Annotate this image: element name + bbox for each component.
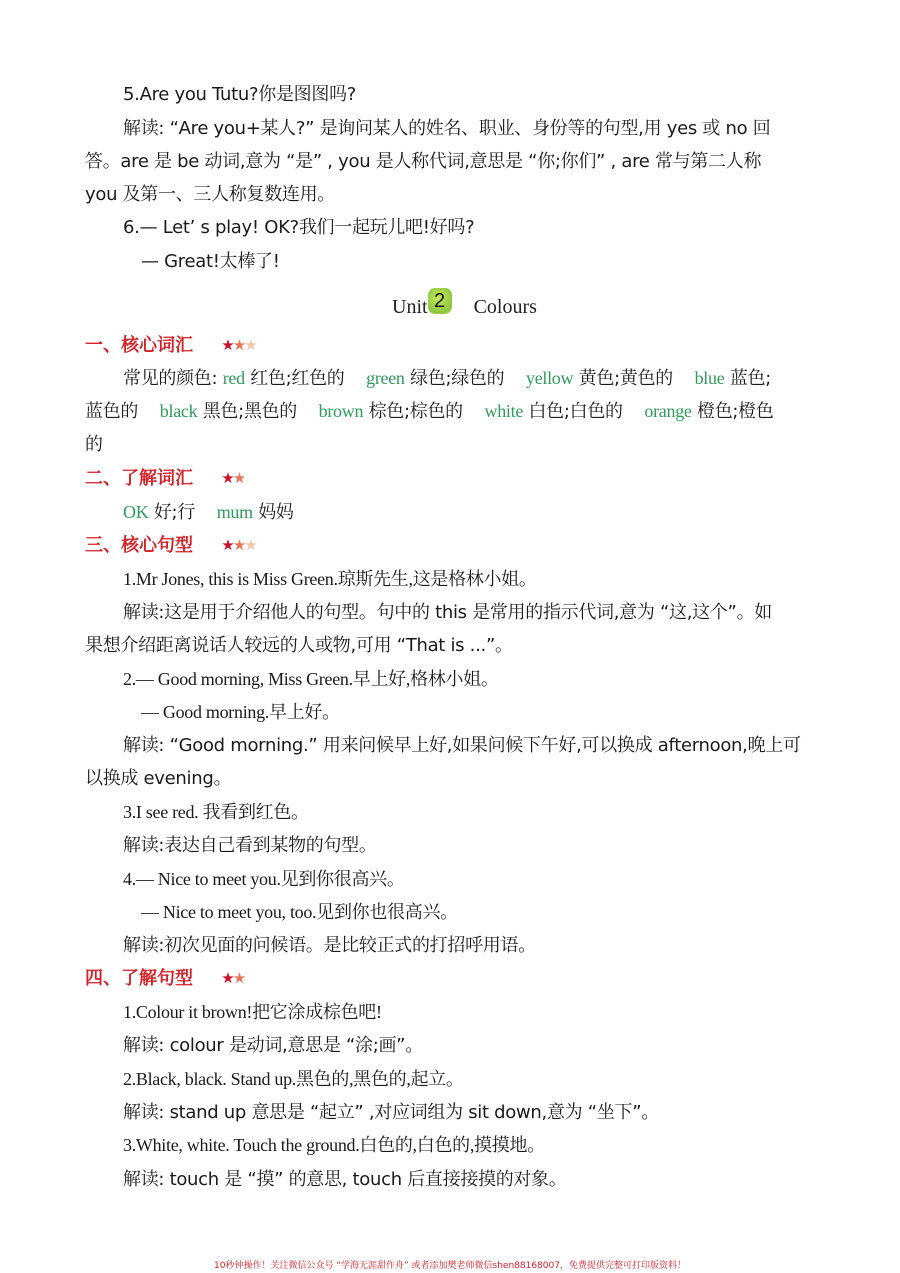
- core-sentence-3: 3.I see red. 我看到红色。: [123, 796, 858, 829]
- vocab-word-en: orange: [644, 401, 691, 421]
- star-icon: ★: [233, 969, 244, 987]
- star-icon: ★: [244, 336, 255, 354]
- vocab-word-en: OK: [123, 502, 148, 522]
- section-heading-text: 一、核心词汇: [85, 335, 193, 356]
- core-sentence-2-explanation-line1: 解读: “Good morning.” 用来问候早上好,如果问候下午好,可以换成…: [123, 729, 858, 762]
- star-icon: ★: [221, 969, 232, 987]
- extra-sentence-3-explanation: 解读: touch 是 “摸” 的意思, touch 后直接接摸的对象。: [123, 1163, 858, 1196]
- sentence-6-line2: — Great!太棒了!: [141, 245, 876, 278]
- color-vocab-line3: 的: [85, 428, 820, 461]
- core-sentence-2-line1: 2.— Good morning, Miss Green.早上好,格林小姐。: [123, 663, 858, 696]
- sentence-6-line1: 6.— Let’ s play! OK?我们一起玩儿吧!好吗?: [123, 211, 858, 244]
- footer-notice: 10秒钟操作！关注微信公众号 “学海无涯甜作舟” 或者添加樊老师微信shen88…: [0, 1258, 900, 1271]
- color-vocab-line2: 蓝色的 black 黑色;黑色的 brown 棕色;棕色的 white 白色;白…: [85, 395, 820, 428]
- star-icon: ★: [233, 536, 244, 554]
- extra-sentence-1-explanation: 解读: colour 是动词,意思是 “涂;画”。: [123, 1029, 858, 1062]
- star-icon: ★: [221, 536, 232, 554]
- star-icon: ★: [221, 336, 232, 354]
- document-page: 5.Are you Tutu?你是图图吗? 解读: “Are you+某人?” …: [0, 0, 900, 1273]
- section-heading-core-sentences: 三、核心句型 ★★★: [85, 531, 256, 560]
- section-heading-text: 四、了解句型: [85, 968, 193, 989]
- color-vocab-line1: 常见的颜色: red 红色;红色的 green 绿色;绿色的 yellow 黄色…: [123, 362, 858, 395]
- star-icon: ★: [244, 536, 255, 554]
- section-heading-extra-vocab: 二、了解词汇 ★★: [85, 464, 244, 493]
- extra-sentence-2-explanation: 解读: stand up 意思是 “起立” ,对应词组为 sit down,意为…: [123, 1096, 858, 1129]
- vocab-word-en: white: [485, 401, 524, 421]
- vocab-word-zh: 黄色;黄色的: [579, 368, 673, 389]
- vocab-word-en: brown: [319, 401, 364, 421]
- core-sentence-1: 1.Mr Jones, this is Miss Green.琼斯先生,这是格林…: [123, 563, 858, 596]
- vocab-word-zh: 橙色;橙色: [697, 401, 774, 422]
- core-sentence-3-explanation: 解读:表达自己看到某物的句型。: [123, 829, 858, 862]
- difficulty-stars-3: ★★★: [221, 531, 255, 559]
- vocab-word-en: black: [160, 401, 197, 421]
- extra-vocab-line: OK 好;行 mum 妈妈: [123, 496, 858, 529]
- section-heading-extra-sentences: 四、了解句型 ★★: [85, 964, 244, 993]
- vocab-word-en: blue: [695, 368, 725, 388]
- difficulty-stars-2: ★★: [221, 964, 244, 992]
- extra-sentence-3: 3.White, white. Touch the ground.白色的,白色的…: [123, 1129, 858, 1162]
- sentence-5-title: 5.Are you Tutu?你是图图吗?: [123, 78, 858, 111]
- unit-prefix: Unit: [392, 296, 428, 318]
- vocab-word-zh: 蓝色的: [85, 401, 138, 422]
- section-heading-text: 二、了解词汇: [85, 468, 193, 489]
- core-sentence-2-line2: — Good morning.早上好。: [141, 696, 876, 729]
- vocab-word-zh: 绿色;绿色的: [410, 368, 504, 389]
- core-sentence-1-explanation-line2: 果想介绍距离说话人较远的人或物,可用 “That is ...”。: [85, 629, 820, 662]
- vocab-word-en: red: [223, 368, 245, 388]
- star-icon: ★: [221, 469, 232, 487]
- difficulty-stars-2: ★★: [221, 464, 244, 492]
- star-icon: ★: [233, 469, 244, 487]
- vocab-word-en: yellow: [526, 368, 573, 388]
- sentence-5-explanation-line2: 答。are 是 be 动词,意为 “是” , you 是人称代词,意思是 “你;…: [85, 145, 820, 178]
- vocab-word-zh: 白色;白色的: [528, 401, 622, 422]
- unit-name: Colours: [474, 296, 537, 318]
- vocab-word-zh: 黑色;黑色的: [203, 401, 297, 422]
- sentence-5-explanation-line1: 解读: “Are you+某人?” 是询问某人的姓名、职业、身份等的句型,用 y…: [123, 112, 858, 145]
- vocab-word-zh: 好;行: [154, 502, 195, 523]
- core-sentence-2-explanation-line2: 以换成 evening。: [85, 762, 820, 795]
- vocab-word-zh: 的: [85, 434, 103, 455]
- core-sentence-1-explanation-line1: 解读:这是用于介绍他人的句型。句中的 this 是常用的指示代词,意为 “这,这…: [123, 596, 858, 629]
- vocab-word-zh: 棕色;棕色的: [369, 401, 463, 422]
- core-sentence-4-line2: — Nice to meet you, too.见到你也很高兴。: [141, 896, 876, 929]
- vocab-intro: 常见的颜色:: [123, 368, 223, 389]
- difficulty-stars-3: ★★★: [221, 331, 255, 359]
- extra-sentence-2: 2.Black, black. Stand up.黑色的,黑色的,起立。: [123, 1063, 858, 1096]
- vocab-word-zh: 红色;红色的: [250, 368, 344, 389]
- core-sentence-4-line1: 4.— Nice to meet you.见到你很高兴。: [123, 863, 858, 896]
- section-heading-core-vocab: 一、核心词汇 ★★★: [85, 331, 256, 360]
- unit-title: Unit2Colours: [392, 288, 537, 319]
- star-icon: ★: [233, 336, 244, 354]
- section-heading-text: 三、核心句型: [85, 535, 193, 556]
- vocab-word-en: green: [366, 368, 404, 388]
- unit-number-badge: 2: [428, 288, 452, 314]
- vocab-word-en: mum: [217, 502, 253, 522]
- core-sentence-4-explanation: 解读:初次见面的问候语。是比较正式的打招呼用语。: [123, 929, 858, 962]
- vocab-word-zh: 蓝色;: [730, 368, 771, 389]
- vocab-word-zh: 妈妈: [258, 502, 293, 523]
- extra-sentence-1: 1.Colour it brown!把它涂成棕色吧!: [123, 996, 858, 1029]
- sentence-5-explanation-line3: you 及第一、三人称复数连用。: [85, 178, 820, 211]
